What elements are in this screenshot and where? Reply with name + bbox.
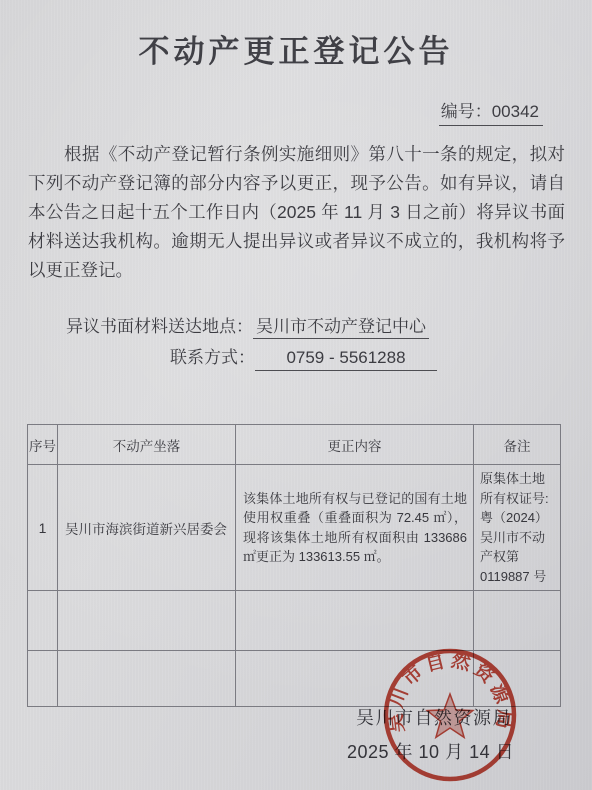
address-label: 异议书面材料送达地点： [66, 317, 253, 336]
header-remark: 备注 [474, 425, 561, 465]
document-page: 不动产更正登记公告 编号：00342 根据《不动产登记暂行条例实施细则》第八十一… [0, 0, 592, 790]
address-line: 异议书面材料送达地点：吴川市不动产登记中心 [66, 312, 429, 337]
cell-location: 吴川市海滨街道新兴居委会 [58, 465, 236, 591]
header-correction: 更正内容 [236, 425, 474, 465]
doc-number-value: 编号：00342 [439, 97, 543, 126]
cell-remark: 原集体土地所有权证号: 粤（2024）吴川市不动产权第 0119887 号 [474, 465, 561, 591]
doc-number: 编号：00342 [439, 97, 543, 126]
header-seq: 序号 [28, 425, 58, 465]
table-row: 1 吴川市海滨街道新兴居委会 该集体土地所有权与已登记的国有土地使用权重叠（重叠… [28, 465, 561, 591]
contact-value: 0759 - 5561288 [255, 348, 437, 371]
contact-line: 联系方式：0759 - 5561288 [170, 343, 437, 371]
cell-seq: 1 [28, 465, 58, 591]
issue-date: 2025 年 10 月 14 日 [347, 738, 514, 764]
cell-correction: 该集体土地所有权与已登记的国有土地使用权重叠（重叠面积为 72.45 ㎡），现将… [236, 465, 474, 591]
table-empty-row [28, 651, 561, 707]
contact-label: 联系方式： [170, 348, 255, 367]
announcement-body: 根据《不动产登记暂行条例实施细则》第八十一条的规定，拟对下列不动产登记簿的部分内… [28, 140, 565, 285]
header-location: 不动产坐落 [58, 425, 236, 465]
address-value: 吴川市不动产登记中心 [253, 317, 429, 339]
table-empty-row [28, 591, 561, 651]
issuer-name: 吴川市自然资源局 [356, 704, 512, 730]
table-header-row: 序号 不动产坐落 更正内容 备注 [28, 425, 561, 465]
correction-table: 序号 不动产坐落 更正内容 备注 1 吴川市海滨街道新兴居委会 该集体土地所有权… [27, 424, 561, 707]
page-title: 不动产更正登记公告 [0, 26, 592, 71]
